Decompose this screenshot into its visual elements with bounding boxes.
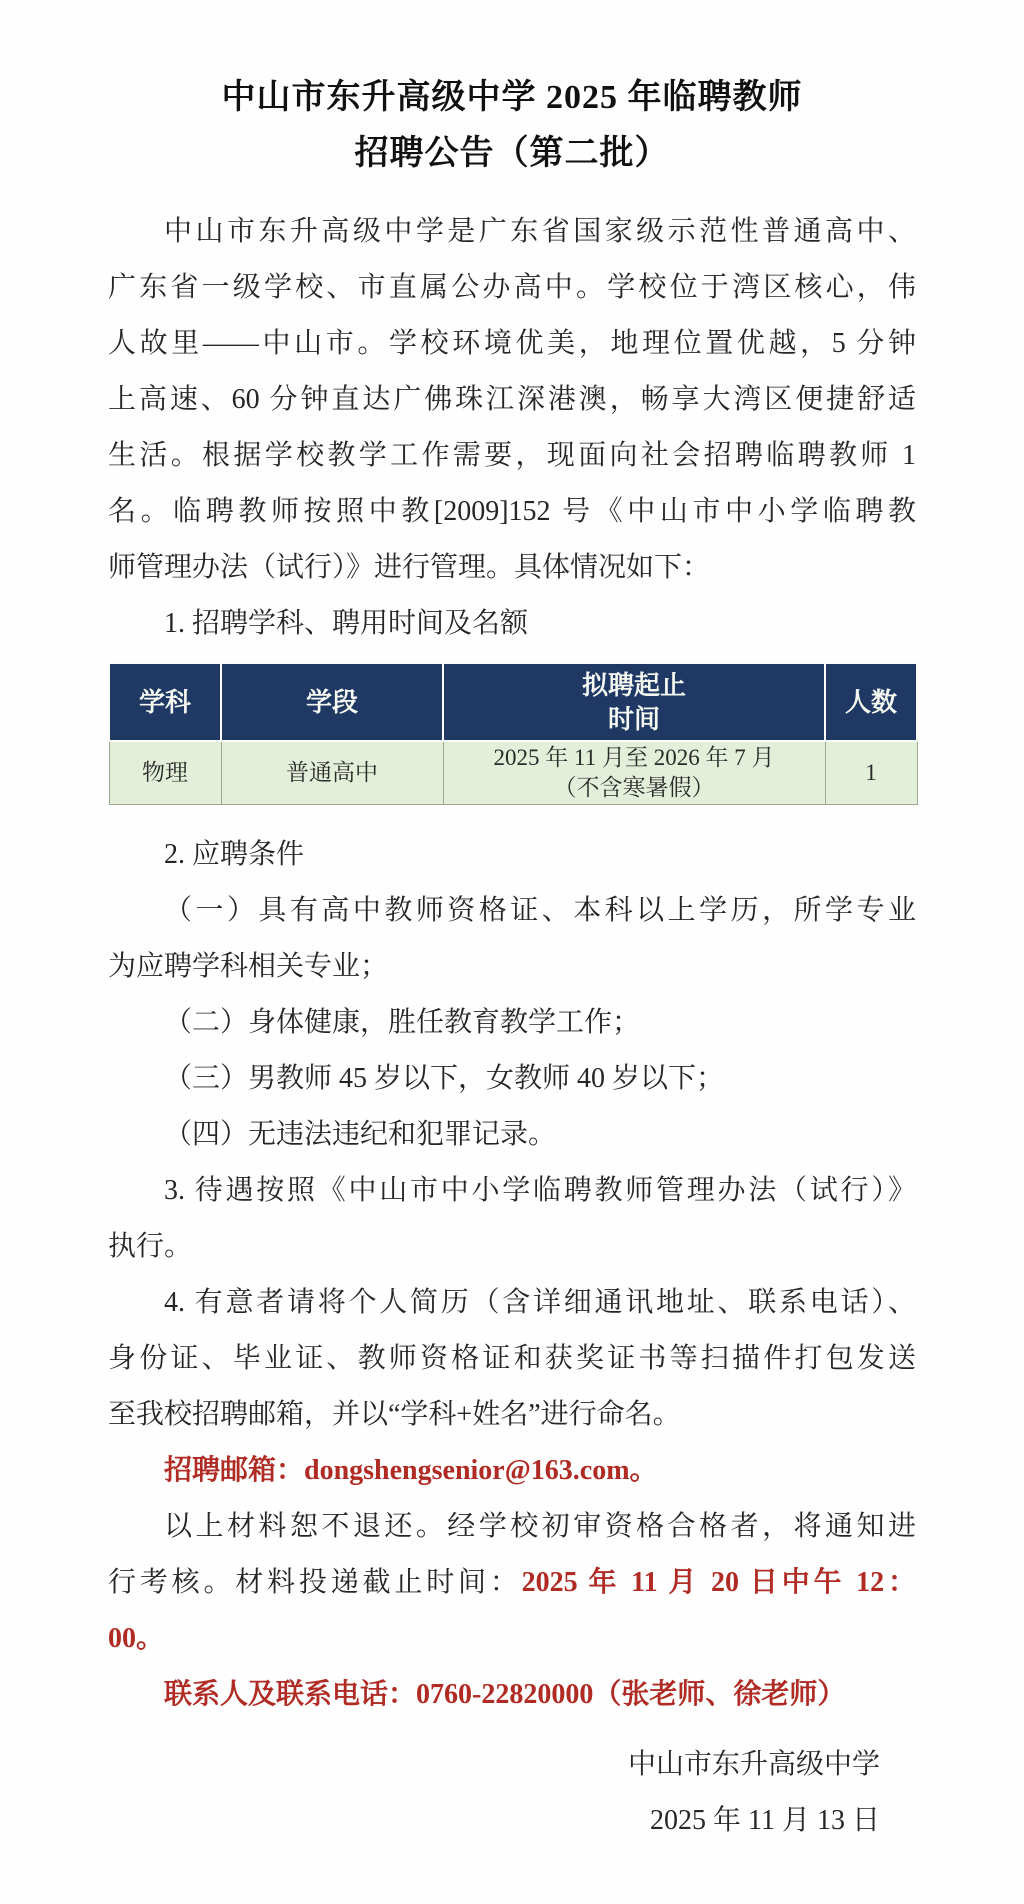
deadline-line: 行考核。材料投递截止时间：2025 年 11 月 20 日中午 12：	[108, 1555, 916, 1611]
text-line: 3. 待遇按照《中山市中小学临聘教师管理办法（试行）》	[108, 1163, 916, 1219]
cell-period-line-1: 2025 年 11 月至 2026 年 7 月	[444, 743, 825, 773]
header-stage: 学段	[221, 663, 443, 741]
text-line: 人故里——中山市。学校环境优美，地理位置优越，5 分钟	[108, 316, 916, 372]
text-line: 上高速、60 分钟直达广佛珠江深港澳，畅享大湾区便捷舒适	[108, 372, 916, 428]
text-line: 4. 有意者请将个人简历（含详细通讯地址、联系电话）、	[108, 1275, 916, 1331]
text-line: 以上材料恕不退还。经学校初审资格合格者，将通知进	[108, 1499, 916, 1555]
text-line: 广东省一级学校、市直属公办高中。学校位于湾区核心，伟	[108, 260, 916, 316]
header-period: 拟聘起止 时间	[443, 663, 825, 741]
header-period-line-2: 时间	[444, 702, 824, 736]
page-title: 中山市东升高级中学 2025 年临聘教师 招聘公告（第二批）	[108, 70, 916, 182]
spacer	[108, 805, 916, 827]
cell-stage: 普通高中	[221, 741, 443, 805]
section-1-heading: 1. 招聘学科、聘用时间及名额	[108, 596, 916, 652]
email-address: dongshengsenior@163.com。	[304, 1455, 658, 1486]
cell-period: 2025 年 11 月至 2026 年 7 月 （不含寒暑假）	[443, 741, 825, 805]
text-line: 执行。	[108, 1219, 916, 1275]
header-subject: 学科	[109, 663, 221, 741]
header-count: 人数	[825, 663, 917, 741]
recruitment-table: 学科 学段 拟聘起止 时间 人数 物理 普通高中 2025 年 11 月至 20…	[108, 662, 918, 805]
phone-number: 0760-22820000（张老师、徐老师）	[416, 1679, 845, 1710]
intro-paragraph: 中山市东升高级中学是广东省国家级示范性普通高中、 广东省一级学校、市直属公办高中…	[108, 204, 916, 596]
cell-period-line-2: （不含寒暑假）	[444, 773, 825, 803]
email-label: 招聘邮箱：	[164, 1455, 304, 1486]
condition-line: （一）具有高中教师资格证、本科以上学历，所学专业	[108, 883, 916, 939]
announcement-document: 中山市东升高级中学 2025 年临聘教师 招聘公告（第二批） 中山市东升高级中学…	[0, 0, 1024, 1904]
deadline-continuation: 00。	[108, 1611, 916, 1667]
deadline-value: 2025 年 11 月 20 日中午 12：	[522, 1567, 916, 1598]
title-line-1: 中山市东升高级中学 2025 年临聘教师	[222, 79, 803, 116]
section-3: 3. 待遇按照《中山市中小学临聘教师管理办法（试行）》 执行。	[108, 1163, 916, 1275]
header-period-line-1: 拟聘起止	[444, 668, 824, 702]
signature-school: 中山市东升高级中学	[108, 1737, 880, 1793]
text-line: 身份证、毕业证、教师资格证和获奖证书等扫描件打包发送	[108, 1331, 916, 1387]
text-line: 至我校招聘邮箱，并以“学科+姓名”进行命名。	[108, 1387, 916, 1443]
title-line-2: 招聘公告（第二批）	[355, 135, 670, 172]
condition-line: （二）身体健康，胜任教育教学工作；	[108, 995, 916, 1051]
phone-label: 联系人及联系电话：	[164, 1679, 416, 1710]
text-line: 师管理办法（试行）》进行管理。具体情况如下：	[108, 540, 916, 596]
table-row: 物理 普通高中 2025 年 11 月至 2026 年 7 月 （不含寒暑假） …	[109, 741, 917, 805]
cell-count: 1	[825, 741, 917, 805]
section-2-heading: 2. 应聘条件	[108, 827, 916, 883]
condition-line: 为应聘学科相关专业；	[108, 939, 916, 995]
materials-paragraph: 以上材料恕不退还。经学校初审资格合格者，将通知进 行考核。材料投递截止时间：20…	[108, 1499, 916, 1667]
text-line: 名。临聘教师按照中教[2009]152 号《中山市中小学临聘教	[108, 484, 916, 540]
conditions-list: （一）具有高中教师资格证、本科以上学历，所学专业 为应聘学科相关专业； （二）身…	[108, 883, 916, 1163]
contact-phone-line: 联系人及联系电话：0760-22820000（张老师、徐老师）	[108, 1667, 916, 1723]
email-line: 招聘邮箱：dongshengsenior@163.com。	[108, 1443, 916, 1499]
text-line: 生活。根据学校教学工作需要，现面向社会招聘临聘教师 1	[108, 428, 916, 484]
condition-line: （三）男教师 45 岁以下，女教师 40 岁以下；	[108, 1051, 916, 1107]
signature-date: 2025 年 11 月 13 日	[108, 1793, 880, 1849]
condition-line: （四）无违法违纪和犯罪记录。	[108, 1107, 916, 1163]
signature-block: 中山市东升高级中学 2025 年 11 月 13 日	[108, 1737, 916, 1849]
deadline-label: 行考核。材料投递截止时间：	[108, 1567, 522, 1598]
section-4: 4. 有意者请将个人简历（含详细通讯地址、联系电话）、 身份证、毕业证、教师资格…	[108, 1275, 916, 1443]
table-header-row: 学科 学段 拟聘起止 时间 人数	[109, 663, 917, 741]
text-line: 中山市东升高级中学是广东省国家级示范性普通高中、	[108, 204, 916, 260]
cell-subject: 物理	[109, 741, 221, 805]
